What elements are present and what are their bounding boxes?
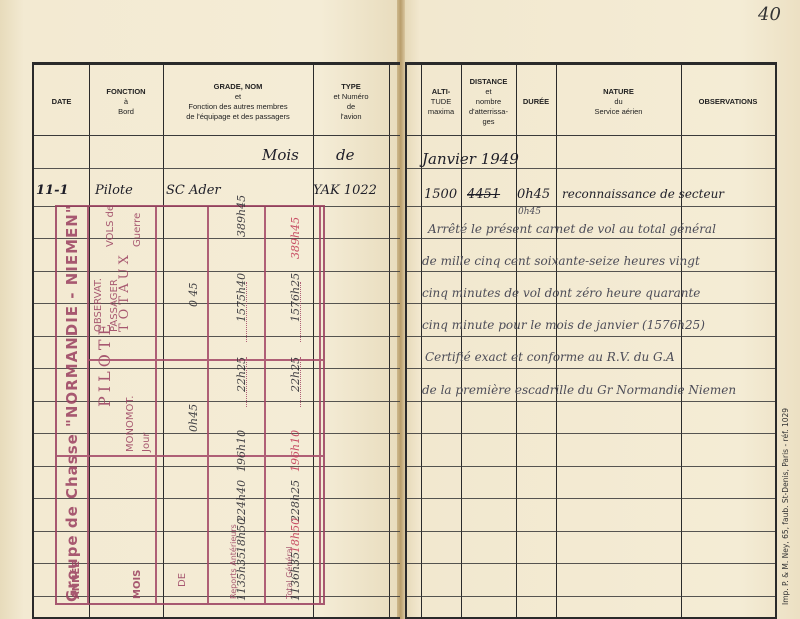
row-rule: [407, 433, 775, 434]
row-rule: [407, 466, 775, 467]
stamp-jour: Jour: [141, 432, 152, 452]
column-divider: [681, 65, 682, 617]
entry-altitude: 1500: [424, 187, 457, 202]
stamp-monomoteur: MONOMOT.: [125, 396, 136, 452]
stamp-divider: [155, 207, 157, 603]
certification-line: cinq minutes de vol dont zéro heure quar…: [422, 286, 700, 300]
entry-nature: reconnaissance de secteur: [562, 187, 724, 201]
row-rule: [407, 498, 775, 499]
stamp-dotted-leader: [246, 357, 247, 407]
header-grade-nom: GRADE, NOMetFonction des autres membresd…: [163, 69, 313, 135]
stamp-reports-col2: 18h50: [235, 518, 248, 553]
column-divider: [389, 65, 390, 617]
column-divider: [556, 65, 557, 617]
stamp-divider: [87, 207, 89, 603]
entry-distance-struck: 4451: [467, 187, 500, 202]
printer-imprint: Imp. P. & M. Ney, 65, faub. St-Denis, Pa…: [781, 408, 790, 605]
row-rule: [407, 531, 775, 532]
unit-stamp: Groupe de Chasse "NORMANDIE - NIEMEN" PI…: [55, 205, 325, 605]
stamp-total-col3: 228h25: [289, 480, 302, 522]
entry-grade-nom: SC Ader: [166, 183, 221, 198]
stamp-mois: MOIS: [132, 570, 143, 599]
header-rule: [34, 135, 400, 136]
stamp-total-col1: 1136h35: [289, 552, 302, 601]
stamp-totaux: TOTAUX: [117, 251, 132, 332]
stamp-divider: [319, 207, 321, 603]
certification-line: cinq minute pour le mois de janvier (157…: [422, 318, 705, 332]
stamp-observateur: OBSERVAT.: [93, 278, 104, 332]
certification-line: Arrêté le présent carnet de vol au total…: [428, 222, 716, 236]
stamp-reports-col4: 196h10: [235, 430, 248, 472]
header-observations: OBSERVATIONS: [681, 69, 775, 135]
header-type-avion: TYPEet Numérodel'avion: [313, 69, 389, 135]
entry-duree: 0h45: [517, 187, 550, 202]
entry-fonction: Pilote: [95, 183, 133, 198]
entry-duree-note: 0h45: [518, 207, 541, 217]
row-rule: [407, 368, 775, 369]
stamp-de: DE: [177, 573, 188, 587]
header-nature: NATUREduService aérien: [556, 69, 681, 135]
row-rule: [407, 271, 775, 272]
stamp-divider: [264, 207, 266, 603]
mois-label: Mois: [262, 146, 299, 164]
row-rule: [407, 596, 775, 597]
header-duree: DURÉE: [516, 69, 556, 135]
column-divider: [461, 65, 462, 617]
row-rule: [407, 303, 775, 304]
header-date: DATE: [34, 69, 89, 135]
entry-type-avion: YAK 1022: [313, 183, 377, 198]
de-label: de: [336, 146, 354, 164]
stamp-vols-de: VOLS de: [105, 205, 116, 247]
stamp-dotted-leader: [246, 282, 247, 342]
certification-line: de mille cinq cent soixante-seize heures…: [422, 254, 700, 268]
stamp-pilote: PILOTE: [95, 320, 114, 407]
stamp-guerre: Guerre: [132, 213, 143, 247]
page-number: 40: [758, 4, 781, 25]
right-logbook-table: ALTI-TUDEmaxima DISTANCEetnombred'atterr…: [405, 62, 777, 619]
certification-line: Certifié exact et conforme au R.V. du G.…: [425, 350, 675, 364]
stamp-total-col4: 196h10: [289, 430, 302, 472]
header-fonction: FONCTIONàBord: [89, 69, 163, 135]
entry-date: 11-1: [36, 183, 69, 198]
row-rule: [407, 168, 775, 169]
row-rule: [407, 238, 775, 239]
certification-line: de la première escadrille du Gr Normandi…: [422, 383, 736, 397]
stamp-dotted-leader: [300, 282, 301, 342]
stamp-unit-name: Groupe de Chasse "NORMANDIE - NIEMEN": [63, 204, 81, 602]
header-distance: DISTANCEetnombred'atterrissa-ges: [461, 69, 516, 135]
stamp-divider: [87, 359, 323, 361]
stamp-dotted-leader: [300, 357, 301, 407]
stamp-annee: ANNÉE: [71, 561, 82, 599]
column-divider: [516, 65, 517, 617]
header-altitude: ALTI-TUDEmaxima: [421, 69, 461, 135]
month-year: Janvier 1949: [422, 150, 519, 168]
stamp-reports-col3: 224h40: [235, 480, 248, 522]
row-rule: [407, 336, 775, 337]
stamp-mois-jour: 0h45: [187, 404, 200, 432]
row-rule: [407, 563, 775, 564]
row-rule: [407, 401, 775, 402]
stamp-total-guerre: 389h45: [289, 217, 302, 259]
stamp-reports-col1: 1135h35: [235, 552, 248, 601]
row-rule: [34, 168, 400, 169]
column-divider: [421, 65, 422, 617]
stamp-divider: [207, 207, 209, 603]
stamp-divider: [57, 455, 323, 457]
row-rule: [407, 206, 775, 207]
header-rule: [407, 135, 775, 136]
stamp-reports-guerre: 389h45: [235, 195, 248, 237]
stamp-total-col2: 18h50: [289, 518, 302, 553]
stamp-mois-totaux: 0 45: [187, 283, 200, 308]
